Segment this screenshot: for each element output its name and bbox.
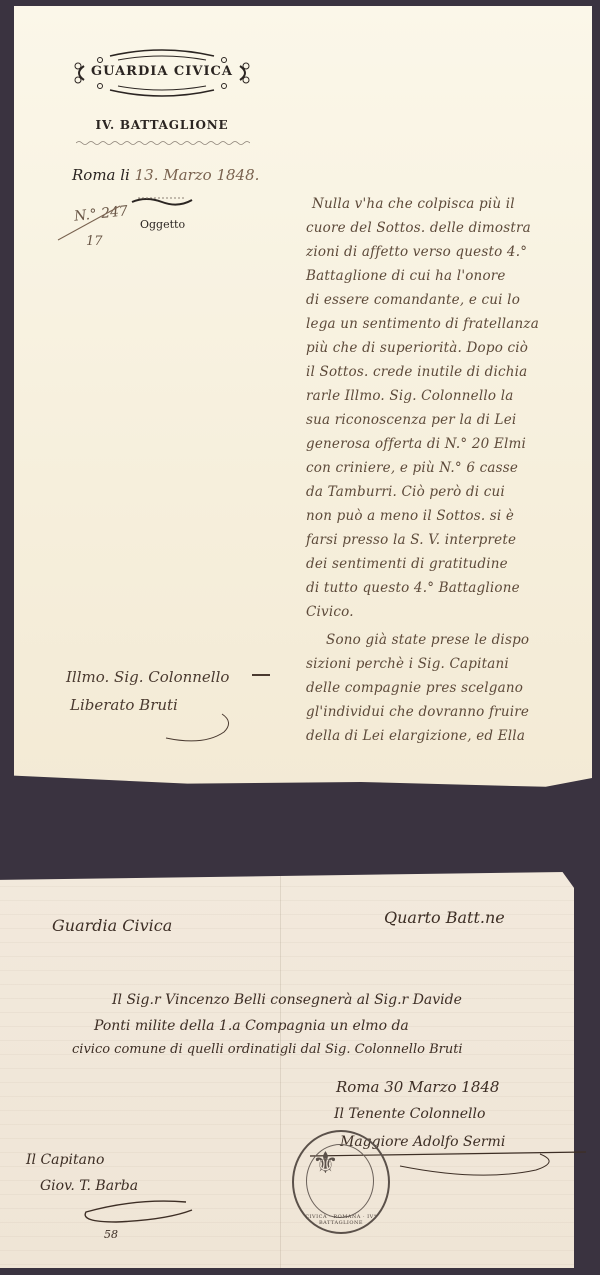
letterhead-battalion: IV. BATTAGLIONE [74,118,250,132]
body-line: con criniere, e più N.° 6 casse [306,460,518,476]
captain-flourish-icon [76,1198,196,1228]
date-printed-prefix: Roma li [72,166,130,184]
dash-mark [252,674,270,676]
body-line: lega un sentimento di fratellanza [306,316,539,332]
body-line: più che di superiorità. Dopo ciò [306,340,528,356]
body-line: della di Lei elargizione, ed Ella [306,728,525,744]
receipt-date: Roma 30 Marzo 1848 [336,1078,499,1096]
body-line: di tutto questo 4.° Battaglione [306,580,520,596]
receipt-body-line: Il Sig.r Vincenzo Belli consegnerà al Si… [112,992,462,1008]
body-line: Nulla v'ha che colpisca più il [312,196,515,212]
receipt-number: 58 [104,1228,118,1241]
papal-keys-icon: ⚜ [312,1146,339,1181]
letter-sheet: GUARDIA CIVICA IV. BATTAGLIONE Roma li 1… [14,6,592,806]
addressee-title: Illmo. Sig. Colonnello [66,668,229,686]
captain-name: Giov. T. Barba [40,1178,138,1194]
body-line: il Sottos. crede inutile di dichia [306,364,527,380]
body-line: Civico. [306,604,354,620]
captain-title: Il Capitano [26,1152,104,1168]
letterhead-cartouche: GUARDIA CIVICA [70,46,254,100]
body-line: sua riconoscenza per la di Lei [306,412,516,428]
body-line: non può a meno il Sottos. si è [306,508,514,524]
receipt-signature-title: Il Tenente Colonnello [334,1106,485,1122]
body-line: cuore del Sottos. delle dimostra [306,220,531,236]
letter-date: Roma li 13. Marzo 1848. [72,166,259,184]
body-line: dei sentimenti di gratitudine [306,556,508,572]
flourish-ornament-icon [130,194,194,208]
receipt-body-line: civico comune di quelli ordinatigli dal … [72,1042,463,1057]
receipt-header-right: Quarto Batt.ne [384,908,505,927]
date-handwritten: 13. Marzo 1848. [135,166,260,184]
receipt-header-left: Guardia Civica [52,916,172,935]
oggetto-label: Oggetto [140,218,185,231]
wavy-rule-icon [76,140,250,146]
letterhead-title: GUARDIA CIVICA [70,64,254,79]
paper-fold [280,872,281,1268]
addressee-name: Liberato Bruti [70,696,178,714]
body-line: rarle Illmo. Sig. Colonnello la [306,388,514,404]
receipt-body-line: Ponti milite della 1.a Compagnia un elmo… [94,1018,409,1034]
body-line: Battaglione di cui ha l'onore [306,268,506,284]
body-line: di essere comandante, e cui lo [306,292,520,308]
battalion-seal: ⚜ CIVICA · ROMANA · IV° BATTAGLIONE [292,1130,390,1234]
seal-text: CIVICA · ROMANA · IV° BATTAGLIONE [294,1214,388,1226]
body-line: zioni di affetto verso questo 4.° [306,244,527,260]
body-line: sizioni perchè i Sig. Capitani [306,656,509,672]
body-line: Sono già state prese le dispo [326,632,529,648]
body-line: da Tamburri. Ciò però di cui [306,484,505,500]
body-line: delle compagnie pres scelgano [306,680,523,696]
body-line: gl'individui che dovranno fruire [306,704,529,720]
protocol-slash-icon [54,202,124,242]
body-line: farsi presso la S. V. interprete [306,532,516,548]
signature-flourish-icon [164,706,234,746]
body-line: generosa offerta di N.° 20 Elmi [306,436,526,452]
